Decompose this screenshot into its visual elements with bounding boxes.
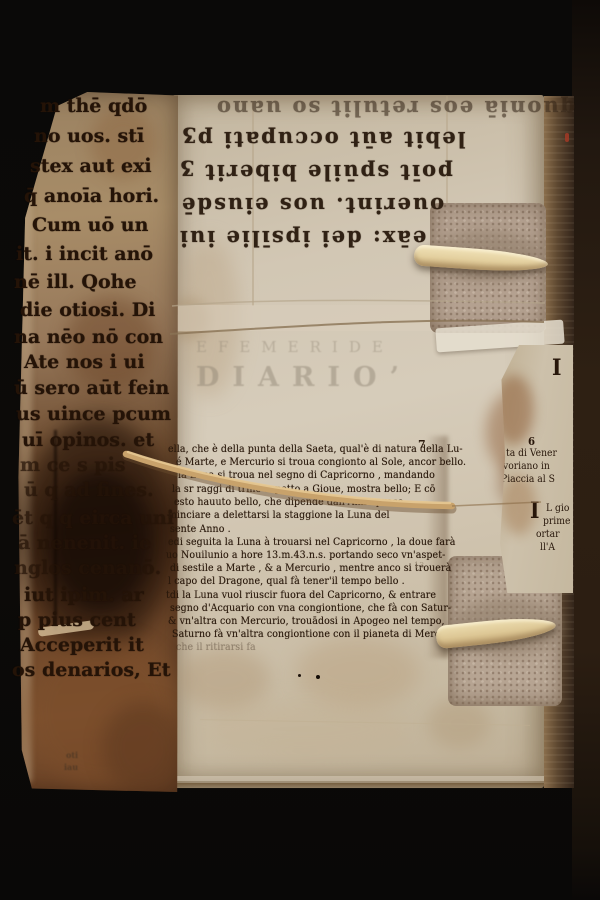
printed-marginal-mark: 13 [414,561,424,570]
show-through-title-lower: DIARIO’ [196,362,412,393]
show-through-title-upper: EFEMERIDE [196,338,394,356]
manuscript-line: os denarios, Et [12,660,171,680]
manuscript-line: m ce s pis [20,455,126,475]
right-gutter-shadow [572,0,600,900]
printed-line: che il ritirarsi fa [176,641,256,653]
stain-bottom-mid [296,636,420,708]
page-bottom-edge [172,783,544,789]
upside-down-manuscript-line: ouerint. uos eiusdē [180,193,444,218]
printed-line: Saturno fà vn'altra congiontione con il … [172,628,450,640]
facing-page-fragment: I 6 ta di Vener voriano in Piaccia al S … [500,345,573,593]
stain-bottom-wide [200,700,410,758]
facing-initial: I [530,498,539,524]
facing-capital-upper: I [552,355,561,381]
upside-down-manuscript-line: poīt spūile biberit ʒ [180,160,453,185]
manuscript-line: it. i incit anō [16,244,153,264]
manuscript-line: ū q ad fines. [24,480,154,500]
printed-line: la sr raggi di trino aspetto a Gioue, mo… [172,483,435,495]
manuscript-line: no uos. stī [34,126,144,146]
manuscript-line: Acceperit it [20,635,144,655]
printed-line: & vn'altra con Mercurio, trouādosi in Ap… [168,615,445,627]
facing-line: voriano in [503,461,550,472]
upside-down-manuscript-line: lebit aūt occupati pʒ [182,127,466,152]
printed-line: tdi la Luna vuol riuscir fuora del Capri… [166,589,436,601]
red-fleck [565,133,569,142]
faint-stamp-line: iau [64,762,78,772]
printed-line: é Marte, e Mercurio si troua congionto a… [176,456,466,468]
manuscript-line: iut ipim. ar [24,585,144,605]
manuscript-line: ū sero aūt fein [14,378,169,398]
manuscript-line: m thē qdō [40,96,147,116]
printed-line: edi seguita la Luna à trouarsi nel Capri… [168,536,455,548]
stain-bottom-left [178,648,270,710]
facing-paragraph-line: L gio [546,503,569,514]
manuscript-line: ā nenenit. ie [18,533,151,553]
facing-paragraph-line: ortar [536,529,560,540]
facing-page-number: 6 [528,435,535,448]
manuscript-line: q̄ anoīa hori. [24,186,159,206]
printed-line: sente Anno . [170,523,231,535]
manuscript-line: na nēo nō con [14,327,163,347]
manuscript-line: p pius cent [18,610,136,630]
photo-early-book-binding: I 6 ta di Vener voriano in Piaccia al S … [0,0,600,900]
facing-paragraph-line: prime [543,516,570,527]
printed-line: uo Nouilunio a hore 13.m.43.n.s. portand… [166,549,445,561]
printed-line: minciare a delettarsi la staggione la Lu… [168,509,390,521]
manuscript-line: nglos cenanō. [14,558,161,578]
manuscript-line: uī opinos. et [22,430,154,450]
printed-line: segno d'Acquario con vna congiontione, c… [170,602,451,614]
wormhole-1 [298,674,301,677]
manuscript-line: Ate nos i ui [24,352,145,372]
strip-stain-bottom [102,702,184,794]
manuscript-line: ēt q q eirca uni [12,508,174,528]
manuscript-line: die otiosi. Di [20,300,155,320]
manuscript-line: nē ill. Qohe [14,272,137,292]
printed-line: di sestile a Marte , & a Mercurio , ment… [170,562,451,574]
faint-stamp-line: oti [66,750,78,760]
printed-line: l capo del Dragone, qual fà tener'il tem… [168,575,405,587]
manuscript-line: Cum uō un [32,215,148,235]
manuscript-line: us uince pcum [16,404,171,424]
printed-line: esto hauuto bello, che dipende dall'Anno… [174,496,407,508]
wormhole-2 [316,675,320,679]
facing-paragraph-line: ll'A [540,542,555,553]
facing-line: Piaccia al S [501,474,555,485]
manuscript-line: stex aut exi [30,156,152,176]
printed-line: ella, che è della punta della Saeta, qua… [168,443,463,455]
page-bottom-highlight [174,776,544,781]
printed-line: la Luna si troua nel segno di Capricorno… [178,469,435,481]
upside-down-manuscript-line: quoniā eos retulit so uano [215,96,575,121]
facing-line: ta di Vener [506,448,557,459]
upside-down-manuscript-line: eāx: dei ipsīlie iui [178,226,426,251]
